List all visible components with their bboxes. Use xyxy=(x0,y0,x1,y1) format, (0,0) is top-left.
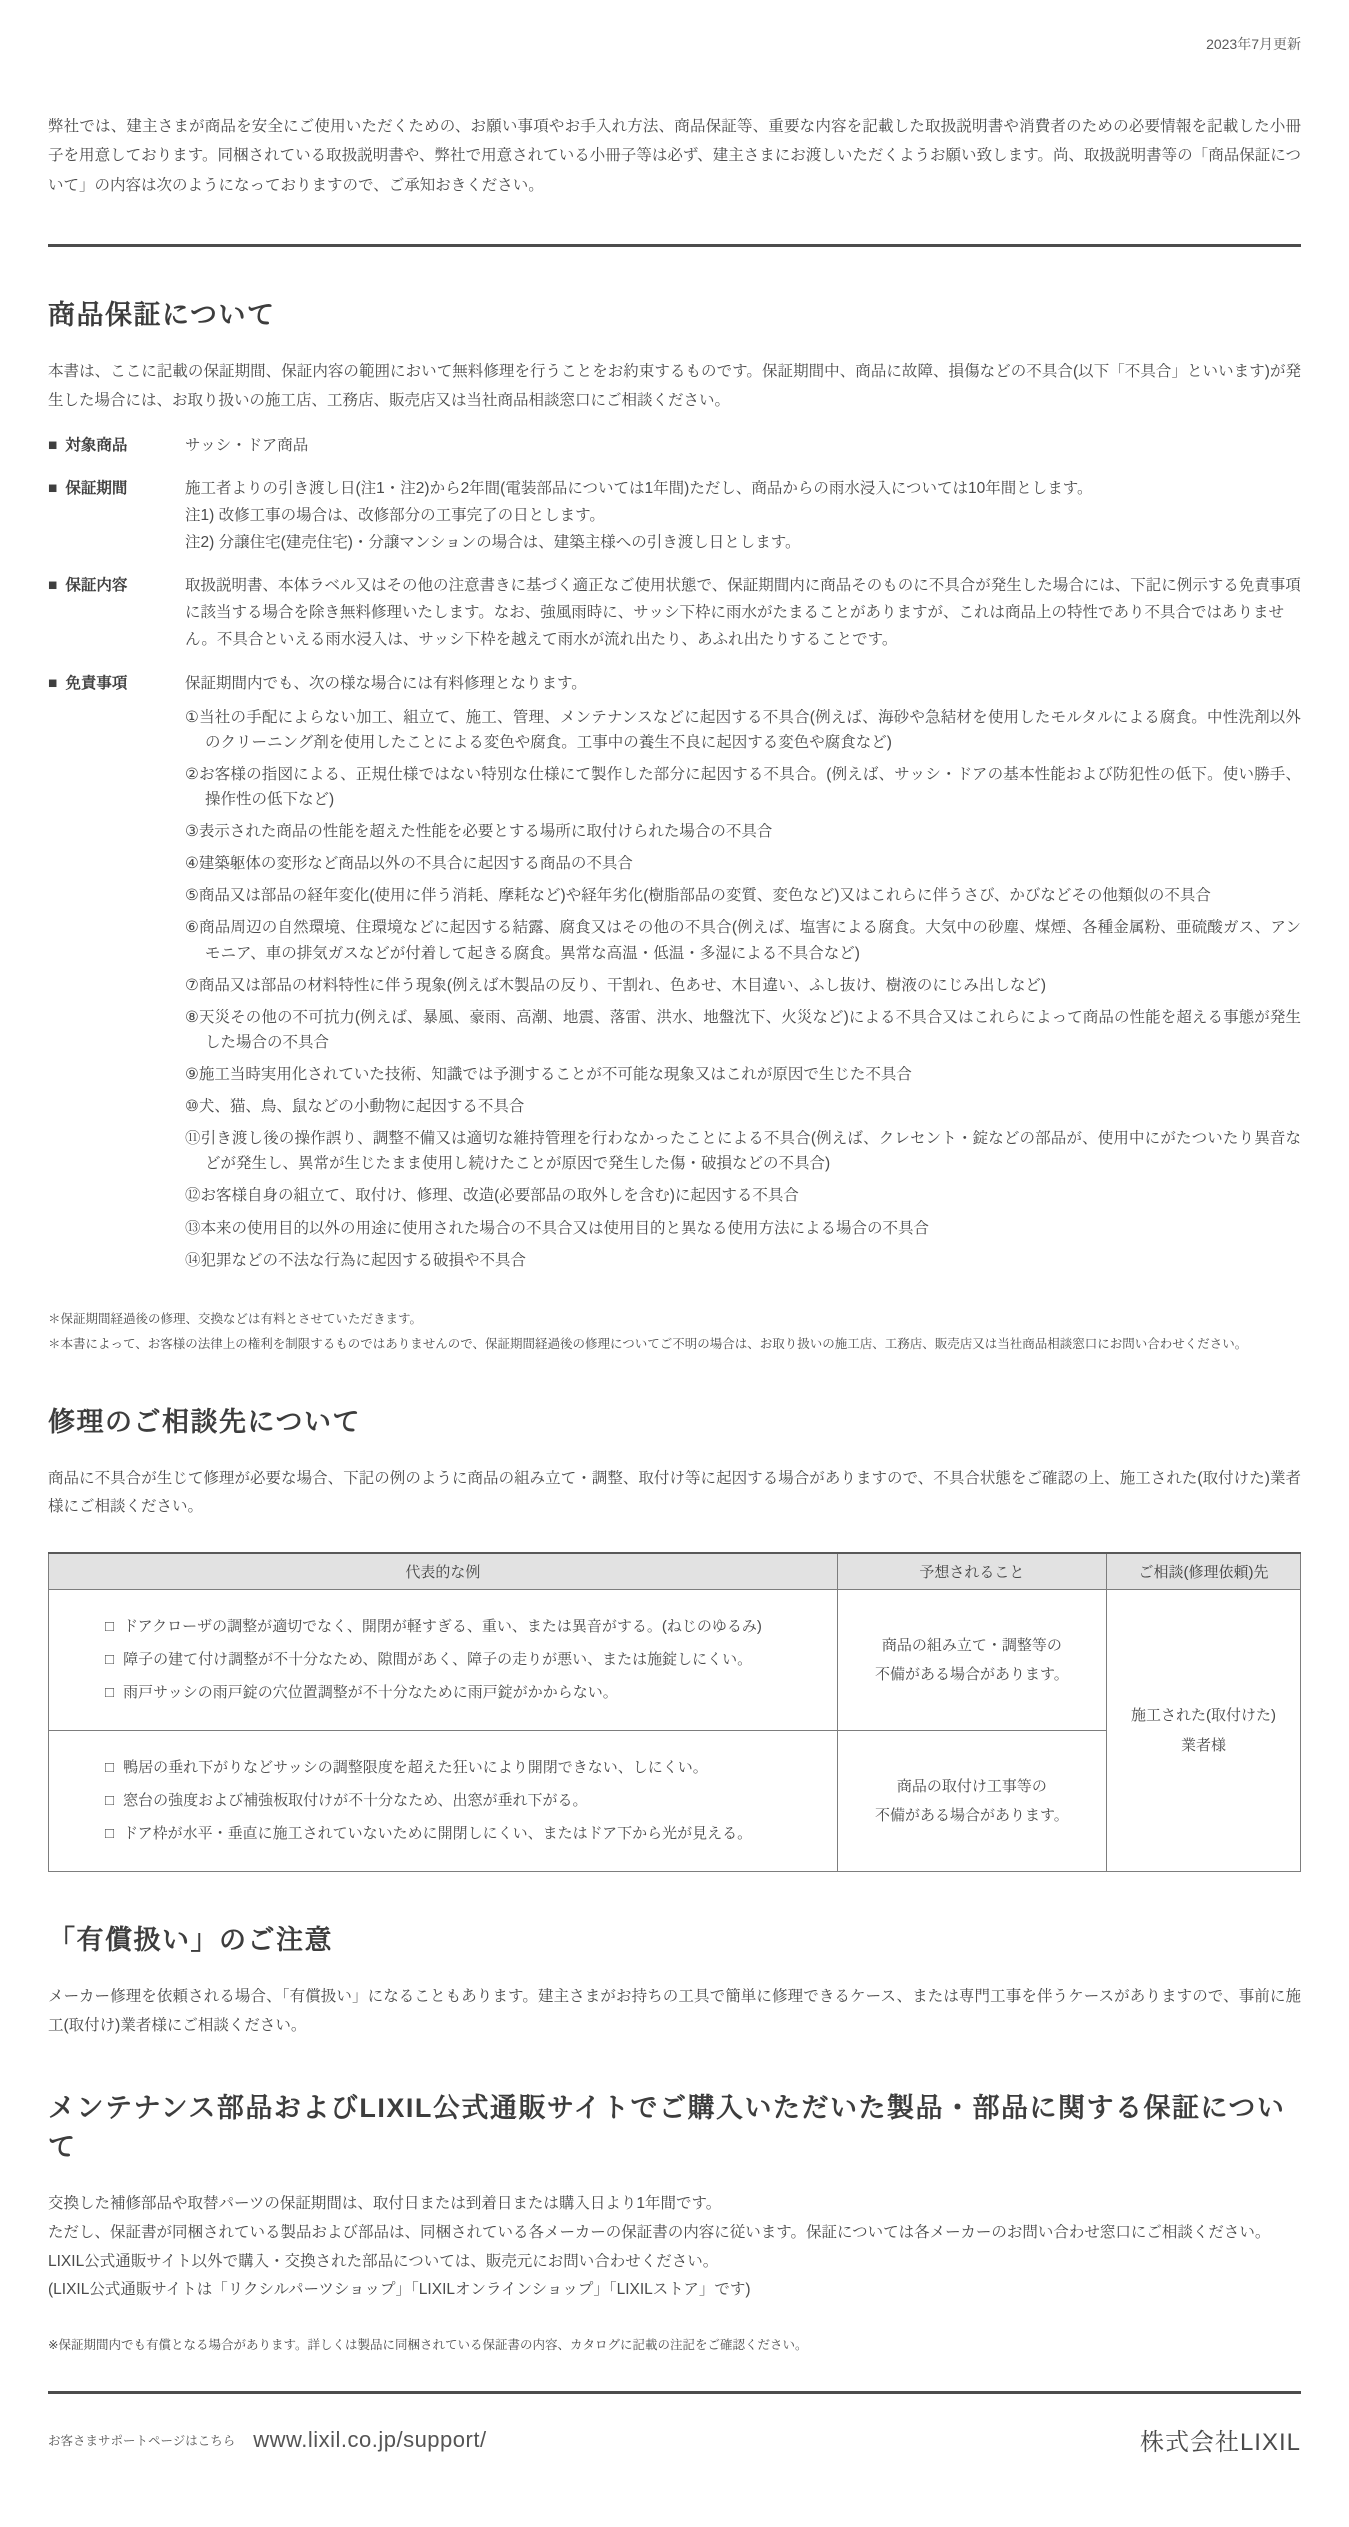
maintenance-line: 交換した補修部品や取替パーツの保証期間は、取付日または到着日または購入日より1年… xyxy=(48,2190,1301,2219)
maintenance-body: 交換した補修部品や取替パーツの保証期間は、取付日または到着日または購入日より1年… xyxy=(48,2190,1301,2305)
square-bullet-icon: ■ xyxy=(48,577,57,594)
exclusion-item: ⑫お客様自身の組立て、取付け、修理、改造(必要部品の取外しを含む)に起因する不具… xyxy=(185,1183,1301,1208)
example-item: □鴨居の垂れ下がりなどサッシの調整限度を超えた狂いにより開閉できない、しにくい。 xyxy=(105,1756,817,1780)
repair-contact-table: 代表的な例 予想されること ご相談(修理依頼)先 □ドアクローザの調整が適切でな… xyxy=(48,1552,1301,1872)
expected-line: 不備がある場合があります。 xyxy=(844,1801,1100,1830)
example-list: □ドアクローザの調整が適切でなく、開閉が軽すぎる、重い、または異音がする。(ねじ… xyxy=(105,1615,817,1705)
support-page-url[interactable]: www.lixil.co.jp/support/ xyxy=(253,2427,486,2453)
warranty-row-content: 取扱説明書、本体ラベル又はその他の注意書きに基づく適正なご使用状態で、保証期間内… xyxy=(185,572,1301,653)
paid-repair-section: 「有償扱い」のご注意 メーカー修理を依頼される場合、「有償扱い」になることもあり… xyxy=(48,1918,1301,2040)
exclusion-list: ①当社の手配によらない加工、組立て、施工、管理、メンテナンスなどに起因する不具合… xyxy=(48,705,1301,1273)
warranty-row-content: サッシ・ドア商品 xyxy=(185,432,1301,459)
maintenance-line: LIXIL公式通販サイト以外で購入・交換された部品については、販売元にお問い合わ… xyxy=(48,2248,1301,2277)
exclusion-item: ⑥商品周辺の自然環境、住環境などに起因する結露、腐食又はその他の不具合(例えば、… xyxy=(185,915,1301,965)
content-line: 取扱説明書、本体ラベル又はその他の注意書きに基づく適正なご使用状態で、保証期間内… xyxy=(185,572,1301,653)
exclusion-item: ⑩犬、猫、鳥、鼠などの小動物に起因する不具合 xyxy=(185,1094,1301,1119)
warranty-row-label: ■保証期間 xyxy=(48,475,185,556)
expected-cell: 商品の取付け工事等の 不備がある場合があります。 xyxy=(837,1731,1106,1872)
warranty-row-content: 保証期間内でも、次の様な場合には有料修理となります。 xyxy=(185,670,1301,697)
example-text: 窓台の強度および補強板取付けが不十分なため、出窓が垂れ下がる。 xyxy=(123,1792,587,1809)
expected-line: 商品の取付け工事等の xyxy=(844,1772,1100,1801)
table-row: □ドアクローザの調整が適切でなく、開閉が軽すぎる、重い、または異音がする。(ねじ… xyxy=(49,1590,1301,1731)
bottom-divider xyxy=(48,2391,1301,2394)
support-link-group: お客さまサポートページはこちら www.lixil.co.jp/support/ xyxy=(48,2427,487,2453)
expected-line: 不備がある場合があります。 xyxy=(844,1660,1100,1689)
repair-lead: 商品に不具合が生じて修理が必要な場合、下記の例のように商品の組み立て・調整、取付… xyxy=(48,1465,1301,1522)
column-header-examples: 代表的な例 xyxy=(49,1553,838,1590)
page-footer: お客さまサポートページはこちら www.lixil.co.jp/support/… xyxy=(48,2422,1301,2457)
content-line: 注1) 改修工事の場合は、改修部分の工事完了の日とします。 xyxy=(185,502,1301,529)
warranty-title: 商品保証について xyxy=(48,293,1301,332)
checkbox-icon: □ xyxy=(105,1651,114,1668)
exclusion-item: ②お客様の指図による、正規仕様ではない特別な仕様にて製作した部分に起因する不具合… xyxy=(185,762,1301,812)
content-line: 注2) 分譲住宅(建売住宅)・分譲マンションの場合は、建築主様への引き渡し日とし… xyxy=(185,529,1301,556)
exclusion-item: ③表示された商品の性能を超えた性能を必要とする場所に取付けられた場合の不具合 xyxy=(185,819,1301,844)
expected-cell: 商品の組み立て・調整等の 不備がある場合があります。 xyxy=(837,1590,1106,1731)
warranty-row-content: 施工者よりの引き渡し日(注1・注2)から2年間(電装部品については1年間)ただし… xyxy=(185,475,1301,556)
example-list: □鴨居の垂れ下がりなどサッシの調整限度を超えた狂いにより開閉できない、しにくい。… xyxy=(105,1756,817,1846)
exclusion-item: ⑭犯罪などの不法な行為に起因する破損や不具合 xyxy=(185,1248,1301,1273)
checkbox-icon: □ xyxy=(105,1825,114,1842)
exclusion-item: ⑬本来の使用目的以外の用途に使用された場合の不具合又は使用目的と異なる使用方法に… xyxy=(185,1216,1301,1241)
warranty-row-period: ■保証期間 施工者よりの引き渡し日(注1・注2)から2年間(電装部品については1… xyxy=(48,475,1301,556)
exclusion-item: ⑤商品又は部品の経年変化(使用に伴う消耗、摩耗など)や経年劣化(樹脂部品の変質、… xyxy=(185,883,1301,908)
repair-title: 修理のご相談先について xyxy=(48,1400,1301,1439)
exclusion-item: ⑦商品又は部品の材料特性に伴う現象(例えば木製品の反り、干割れ、色あせ、木目違い… xyxy=(185,973,1301,998)
contact-cell: 施工された(取付けた) 業者様 xyxy=(1106,1590,1300,1872)
checkbox-icon: □ xyxy=(105,1792,114,1809)
paid-repair-body: メーカー修理を依頼される場合、「有償扱い」になることもあります。建主さまがお持ち… xyxy=(48,1983,1301,2040)
warranty-lead: 本書は、ここに記載の保証期間、保証内容の範囲において無料修理を行うことをお約束す… xyxy=(48,358,1301,415)
warranty-row-coverage: ■保証内容 取扱説明書、本体ラベル又はその他の注意書きに基づく適正なご使用状態で… xyxy=(48,572,1301,653)
example-item: □窓台の強度および補強板取付けが不十分なため、出窓が垂れ下がる。 xyxy=(105,1789,817,1813)
example-text: ドアクローザの調整が適切でなく、開閉が軽すぎる、重い、または異音がする。(ねじの… xyxy=(123,1618,762,1635)
column-header-expected: 予想されること xyxy=(837,1553,1106,1590)
maintenance-footnote: ※保証期間内でも有償となる場合があります。詳しくは製品に同梱されている保証書の内… xyxy=(48,2335,1301,2355)
footnote: ＊保証期間経過後の修理、交換などは有料とさせていただきます。 xyxy=(48,1309,1301,1329)
exclusion-item: ④建築躯体の変形など商品以外の不具合に起因する商品の不具合 xyxy=(185,851,1301,876)
label-text: 保証期間 xyxy=(65,480,127,497)
maintenance-title: メンテナンス部品およびLIXIL公式通販サイトでご購入いただいた製品・部品に関す… xyxy=(48,2086,1301,2164)
checkbox-icon: □ xyxy=(105,1618,114,1635)
content-line: 施工者よりの引き渡し日(注1・注2)から2年間(電装部品については1年間)ただし… xyxy=(185,475,1301,502)
exclusion-item: ⑪引き渡し後の操作誤り、調整不備又は適切な維持管理を行わなかったことによる不具合… xyxy=(185,1126,1301,1176)
example-text: 障子の建て付け調整が不十分なため、隙間があく、障子の走りが悪い、または施錠しにく… xyxy=(123,1651,752,1668)
maintenance-section: メンテナンス部品およびLIXIL公式通販サイトでご購入いただいた製品・部品に関す… xyxy=(48,2086,1301,2355)
maintenance-line: ただし、保証書が同梱されている製品および部品は、同梱されている各メーカーの保証書… xyxy=(48,2219,1301,2248)
top-divider xyxy=(48,244,1301,247)
label-text: 保証内容 xyxy=(65,577,127,594)
square-bullet-icon: ■ xyxy=(48,480,57,497)
checkbox-icon: □ xyxy=(105,1684,114,1701)
support-page-label: お客さまサポートページはこちら xyxy=(48,2431,235,2449)
example-text: 雨戸サッシの雨戸錠の穴位置調整が不十分なために雨戸錠がかからない。 xyxy=(123,1684,618,1701)
content-line: サッシ・ドア商品 xyxy=(185,432,1301,459)
column-header-contact: ご相談(修理依頼)先 xyxy=(1106,1553,1300,1590)
contact-line: 施工された(取付けた) xyxy=(1113,1701,1294,1730)
warranty-row-label: ■保証内容 xyxy=(48,572,185,653)
warranty-footnotes: ＊保証期間経過後の修理、交換などは有料とさせていただきます。 ＊本書によって、お… xyxy=(48,1309,1301,1354)
repair-section: 修理のご相談先について 商品に不具合が生じて修理が必要な場合、下記の例のように商… xyxy=(48,1400,1301,1872)
updated-date: 2023年7月更新 xyxy=(48,34,1301,54)
warranty-row-label: ■免責事項 xyxy=(48,670,185,697)
content-line: 保証期間内でも、次の様な場合には有料修理となります。 xyxy=(185,670,1301,697)
square-bullet-icon: ■ xyxy=(48,675,57,692)
example-item: □障子の建て付け調整が不十分なため、隙間があく、障子の走りが悪い、または施錠しに… xyxy=(105,1648,817,1672)
company-name: 株式会社LIXIL xyxy=(1140,2422,1301,2457)
maintenance-line: (LIXIL公式通販サイトは「リクシルパーツショップ」「LIXILオンラインショ… xyxy=(48,2276,1301,2305)
warranty-row-exclusion: ■免責事項 保証期間内でも、次の様な場合には有料修理となります。 xyxy=(48,670,1301,697)
intro-paragraph: 弊社では、建主さまが商品を安全にご使用いただくための、お願い事項やお手入れ方法、… xyxy=(48,112,1301,200)
examples-cell: □鴨居の垂れ下がりなどサッシの調整限度を超えた狂いにより開閉できない、しにくい。… xyxy=(49,1731,838,1872)
example-item: □ドア枠が水平・垂直に施工されていないために開閉しにくい、またはドア下から光が見… xyxy=(105,1822,817,1846)
exclusion-item: ⑨施工当時実用化されていた技術、知識では予測することが不可能な現象又はこれが原因… xyxy=(185,1062,1301,1087)
contact-line: 業者様 xyxy=(1113,1731,1294,1760)
footnote: ＊本書によって、お客様の法律上の権利を制限するものではありませんので、保証期間経… xyxy=(48,1334,1301,1354)
square-bullet-icon: ■ xyxy=(48,437,57,454)
exclusion-item: ⑧天災その他の不可抗力(例えば、暴風、豪雨、高潮、地震、落雷、洪水、地盤沈下、火… xyxy=(185,1005,1301,1055)
expected-line: 商品の組み立て・調整等の xyxy=(844,1631,1100,1660)
paid-repair-title: 「有償扱い」のご注意 xyxy=(48,1918,1301,1957)
document-page: 2023年7月更新 弊社では、建主さまが商品を安全にご使用いただくための、お願い… xyxy=(0,0,1349,2527)
example-item: □ドアクローザの調整が適切でなく、開閉が軽すぎる、重い、または異音がする。(ねじ… xyxy=(105,1615,817,1639)
example-text: ドア枠が水平・垂直に施工されていないために開閉しにくい、またはドア下から光が見え… xyxy=(123,1825,752,1842)
exclusion-item: ①当社の手配によらない加工、組立て、施工、管理、メンテナンスなどに起因する不具合… xyxy=(185,705,1301,755)
example-item: □雨戸サッシの雨戸錠の穴位置調整が不十分なために雨戸錠がかからない。 xyxy=(105,1681,817,1705)
checkbox-icon: □ xyxy=(105,1759,114,1776)
warranty-row-label: ■対象商品 xyxy=(48,432,185,459)
warranty-row-target: ■対象商品 サッシ・ドア商品 xyxy=(48,432,1301,459)
table-header-row: 代表的な例 予想されること ご相談(修理依頼)先 xyxy=(49,1553,1301,1590)
label-text: 対象商品 xyxy=(65,437,127,454)
label-text: 免責事項 xyxy=(65,675,127,692)
example-text: 鴨居の垂れ下がりなどサッシの調整限度を超えた狂いにより開閉できない、しにくい。 xyxy=(123,1759,708,1776)
examples-cell: □ドアクローザの調整が適切でなく、開閉が軽すぎる、重い、または異音がする。(ねじ… xyxy=(49,1590,838,1731)
warranty-section: 商品保証について 本書は、ここに記載の保証期間、保証内容の範囲において無料修理を… xyxy=(48,293,1301,1353)
